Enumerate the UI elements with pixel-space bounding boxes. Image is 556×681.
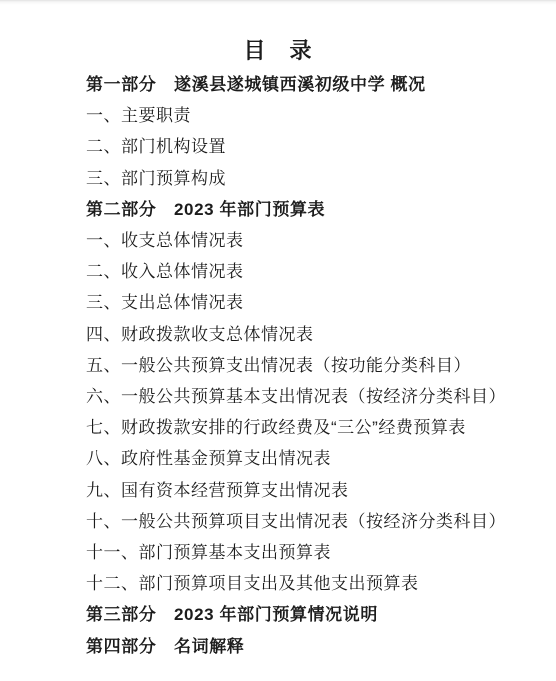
toc-item: 二、部门机构设置: [86, 131, 546, 162]
toc-section-heading: 第四部分 名词解释: [86, 631, 546, 662]
toc-item: 五、一般公共预算支出情况表（按功能分类科目）: [86, 350, 546, 381]
toc-item: 二、收入总体情况表: [86, 256, 546, 287]
toc-item: 七、财政拨款安排的行政经费及“三公”经费预算表: [86, 412, 546, 443]
toc-item: 六、一般公共预算基本支出情况表（按经济分类科目）: [86, 381, 546, 412]
page-title: 目 录: [0, 0, 556, 64]
toc-item: 十二、部门预算项目支出及其他支出预算表: [86, 568, 546, 599]
toc-item: 十一、部门预算基本支出预算表: [86, 537, 546, 568]
toc-list: 第一部分 遂溪县遂城镇西溪初级中学 概况一、主要职责二、部门机构设置三、部门预算…: [86, 69, 546, 662]
toc-item: 十、一般公共预算项目支出情况表（按经济分类科目）: [86, 506, 546, 537]
toc-section-heading: 第一部分 遂溪县遂城镇西溪初级中学 概况: [86, 69, 546, 100]
toc-item: 九、国有资本经营预算支出情况表: [86, 475, 546, 506]
document-page: 目 录 第一部分 遂溪县遂城镇西溪初级中学 概况一、主要职责二、部门机构设置三、…: [0, 0, 556, 681]
toc-item: 三、支出总体情况表: [86, 287, 546, 318]
toc-section-heading: 第三部分 2023 年部门预算情况说明: [86, 599, 546, 630]
toc-item: 四、财政拨款收支总体情况表: [86, 319, 546, 350]
toc-item: 一、收支总体情况表: [86, 225, 546, 256]
toc-item: 八、政府性基金预算支出情况表: [86, 443, 546, 474]
toc-section-heading: 第二部分 2023 年部门预算表: [86, 194, 546, 225]
toc-item: 一、主要职责: [86, 100, 546, 131]
toc-item: 三、部门预算构成: [86, 163, 546, 194]
